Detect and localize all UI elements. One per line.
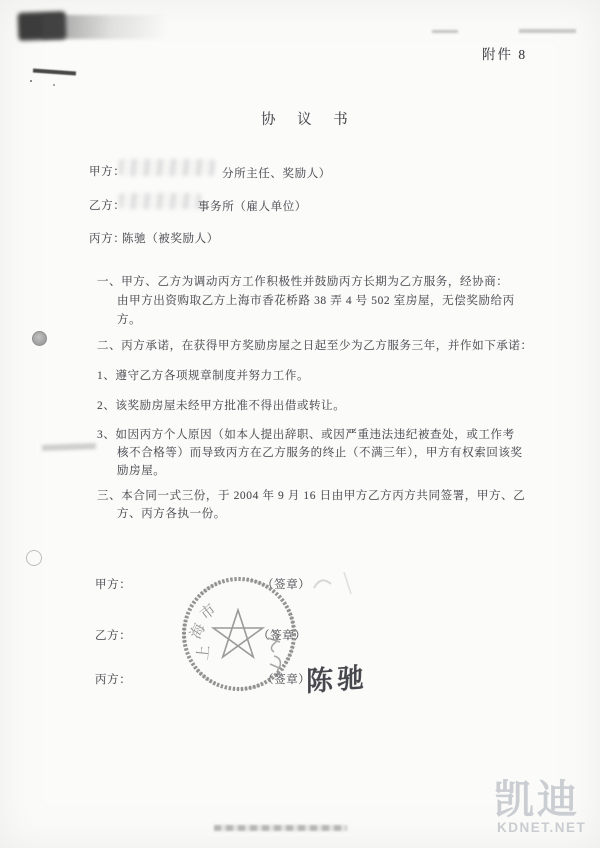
clause2-item2: 2、该奖励房屋未经甲方批准不得出借或转让。 bbox=[97, 397, 345, 413]
seal-char-mid: 海 bbox=[187, 621, 209, 642]
clause1-line2: 由甲方出资购取乙方上海市香花桥路 38 弄 4 号 502 室房屋，无偿奖励给丙 bbox=[117, 292, 515, 308]
handwritten-signature: 陈驰 bbox=[306, 656, 368, 699]
scan-speck bbox=[30, 80, 32, 82]
signature-row-b-label: 乙方： bbox=[95, 627, 131, 643]
binder-hole-mark bbox=[32, 331, 47, 346]
seal-char-bottom: 上 bbox=[194, 644, 212, 661]
clause3-line1: 三、本合同一式三份，于 2004 年 9 月 16 日由甲方乙方丙方共同签署，甲… bbox=[97, 487, 525, 503]
kdnet-site-watermark: KDNET.NET bbox=[497, 820, 586, 835]
scan-smudge-mid bbox=[42, 443, 96, 451]
clause1-line3: 方。 bbox=[117, 311, 141, 327]
party-c-visible-text: 陈驰（被奖励人） bbox=[122, 230, 219, 246]
clause2-intro: 二、丙方承诺，在获得甲方奖励房屋之日起至少为乙方服务三年，并作如下承诺： bbox=[97, 337, 533, 353]
document-title: 协 议 书 bbox=[261, 108, 357, 129]
redaction-blur-party-b bbox=[119, 193, 201, 209]
scan-dash-artifact bbox=[432, 30, 458, 33]
seal-star-icon bbox=[213, 610, 262, 657]
scanned-agreement-page: 附件 8 协 议 书 甲方： 分所主任、奖励人） 乙方： 事务所（雇人单位） 丙… bbox=[0, 0, 600, 848]
redaction-blur-party-a bbox=[119, 159, 215, 176]
scan-speck bbox=[53, 84, 55, 86]
seal-char-top: 市 bbox=[197, 601, 219, 624]
clause2-item3-line1: 3、如因丙方个人原因（如本人提出辞职、或因严重违法违纪被查处，或工作考 bbox=[97, 426, 515, 442]
blurred-footer-text bbox=[214, 825, 347, 831]
attachment-label: 附件 8 bbox=[482, 43, 527, 63]
official-round-seal: 市 海 上 bbox=[178, 572, 302, 698]
scan-line-artifact bbox=[33, 69, 76, 75]
signature-row-a-label: 甲方： bbox=[95, 576, 131, 592]
seal-illegible-glyphs bbox=[268, 630, 284, 676]
kdnet-logo-watermark: 凯迪 bbox=[494, 768, 580, 825]
party-c-label: 丙方： bbox=[89, 230, 125, 246]
clause1-line1: 一、甲方、乙方为调动丙方工作积极性并鼓励丙方长期为乙方服务，经协商： bbox=[97, 273, 508, 289]
clause2-item3-line2: 核不合格等）而导致丙方在乙方服务的终止（不满三年），甲方有权索回该奖 bbox=[117, 444, 523, 460]
binder-hole-ring bbox=[26, 550, 42, 566]
party-a-visible-text: 分所主任、奖励人） bbox=[222, 165, 331, 181]
clause2-item3-line3: 励房屋。 bbox=[117, 462, 165, 478]
signature-row-c-label: 丙方： bbox=[95, 671, 131, 687]
clause2-item1: 1、遵守乙方各项规章制度并努力工作。 bbox=[97, 367, 309, 383]
scan-smudge-streak bbox=[42, 15, 168, 39]
clause3-line2: 方、丙方各执一份。 bbox=[117, 505, 226, 521]
party-b-visible-text: 事务所（雇人单位） bbox=[198, 198, 307, 214]
scan-dash-artifact bbox=[519, 29, 576, 33]
faint-pencil-marks bbox=[308, 566, 362, 602]
